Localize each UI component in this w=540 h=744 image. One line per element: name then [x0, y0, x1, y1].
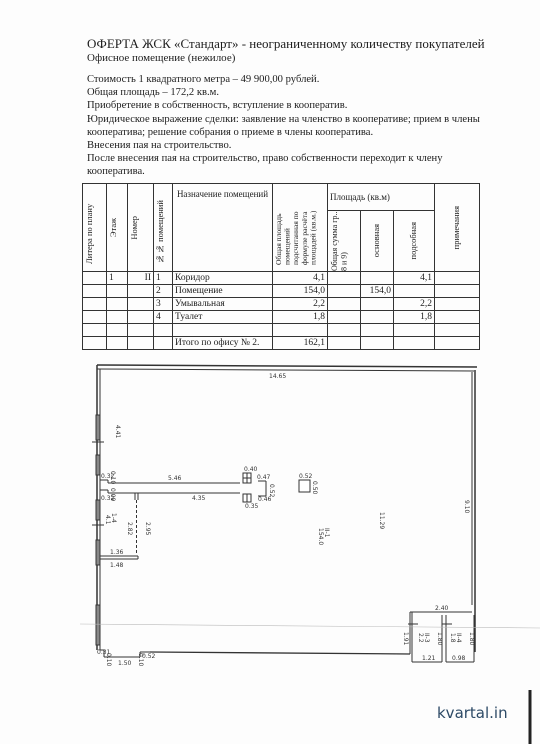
dim-column-w: 0.52 — [299, 473, 313, 480]
dim-wc-h2: 1.80 — [436, 632, 443, 646]
dim-block-e: 0.35 — [245, 503, 259, 510]
dim-wc-h3: 1.80 — [468, 632, 475, 646]
dim-room1-h2: 2.82 — [126, 522, 133, 536]
dim-column-h: 0.50 — [311, 481, 318, 495]
dim-wc3-w: 1.21 — [422, 655, 436, 662]
wc4-area: 1.8 — [449, 633, 456, 643]
dim-room1-h1: 2.95 — [144, 522, 151, 536]
dim-corridor-left-d: 0.09 — [109, 488, 116, 502]
dim-corridor-bottom: 4.35 — [192, 495, 206, 502]
watermark: kvartal.in — [437, 704, 508, 722]
dim-block-b: 0.47 — [257, 474, 271, 481]
dim-wc-h1: 1.91 — [402, 632, 409, 646]
dim-room1-w1: 1.36 — [110, 549, 124, 556]
room1-area: 4.1 — [104, 515, 111, 525]
dim-bottom-c: 1.50 — [118, 660, 132, 667]
dim-corridor-left-b: 0.10 — [109, 471, 116, 485]
dim-wc-width: 2.40 — [435, 605, 449, 612]
dim-room1-w2: 1.48 — [110, 562, 124, 569]
dim-block-a: 0.40 — [244, 466, 258, 473]
floor-plan: 14.65 9.10 4.41 5.46 4.35 0.32 0.10 0.32… — [0, 0, 540, 744]
dim-corridor-top: 5.46 — [168, 475, 182, 482]
dim-left-upper: 4.41 — [114, 425, 121, 439]
dim-wc4-w: 0.98 — [452, 655, 466, 662]
dim-bottom-e: 0.52 — [142, 653, 156, 660]
dim-block-d: 0.46 — [258, 496, 272, 503]
dim-top-width: 14.65 — [269, 373, 286, 380]
main-room-area: 154.0 — [317, 528, 324, 545]
dim-right-height: 9.10 — [463, 500, 470, 514]
dim-main-room-h: 11.29 — [378, 512, 385, 529]
wc3-area: 2.2 — [417, 633, 424, 643]
dim-bottom-b: 0.10 — [105, 653, 112, 667]
